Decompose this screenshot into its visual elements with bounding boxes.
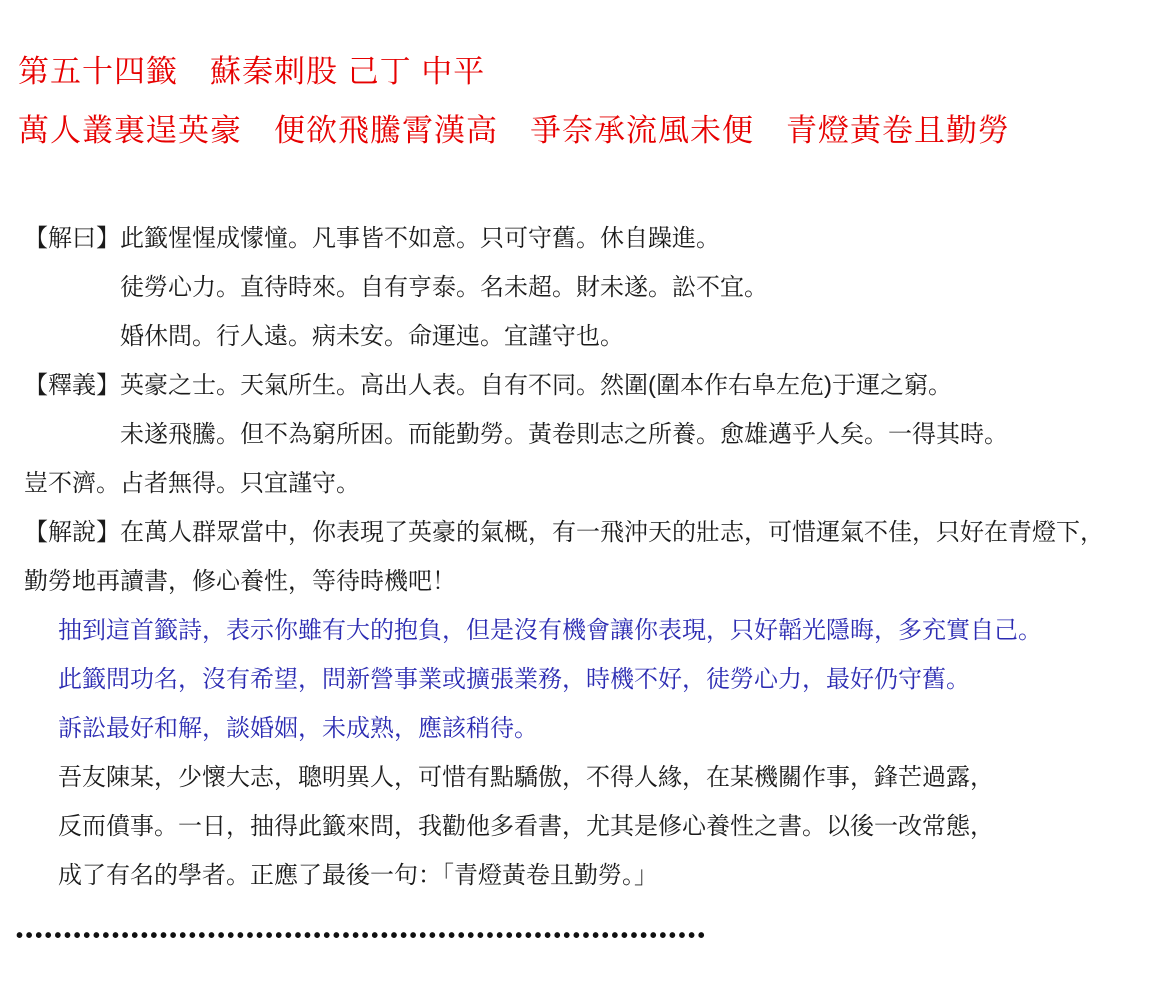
jieshuo-anecdote-1: 吾友陳某，少懷大志，聰明異人，可惜有點驕傲，不得人緣，在某機關作事，鋒芒過露， xyxy=(12,753,1132,802)
fortune-poem: 萬人叢裏逞英豪 便欲飛騰霄漢高 爭奈承流風未便 青燈黃卷且勤勞 xyxy=(18,115,1132,146)
jieshuo-annotation-2: 此籤問功名，沒有希望，問新營事業或擴張業務，時機不好，徒勞心力，最好仍守舊。 xyxy=(12,655,1132,704)
shiyi-line-2: 未遂飛騰。但不為窮所困。而能勤勞。黃卷則志之所養。愈雄邁乎人矣。一得其時。 xyxy=(12,410,1132,459)
jieshuo-annotation-1: 抽到這首籤詩，表示你雖有大的抱負，但是沒有機會讓你表現，只好韜光隱晦，多充實自己… xyxy=(12,606,1132,655)
jieshuo-anecdote-3: 成了有名的學者。正應了最後一句：「青燈黃卷且勤勞。」 xyxy=(12,851,1132,900)
body-text: 【解曰】此籤惺惺成懞憧。凡事皆不如意。只可守舊。休自躁進。 徒勞心力。直待時來。… xyxy=(12,214,1132,900)
shiyi-line-3: 豈不濟。占者無得。只宜謹守。 xyxy=(12,459,1132,508)
jieshuo-line-2: 勤勞地再讀書，修心養性，等待時機吧！ xyxy=(12,557,1132,606)
jieshuo-annotation-3: 訴訟最好和解，談婚姻，未成熟，應該稍待。 xyxy=(12,704,1132,753)
page-title: 第五十四籤 蘇秦刺股 己丁 中平 xyxy=(18,56,1132,87)
jieyue-line-2: 徒勞心力。直待時來。自有亨泰。名未超。財未遂。訟不宜。 xyxy=(12,263,1132,312)
jieyue-line-1: 【解曰】此籤惺惺成懞憧。凡事皆不如意。只可守舊。休自躁進。 xyxy=(12,214,1132,263)
dotted-divider: ••••••••••••••••••••••••••••••••••••••••… xyxy=(16,926,1132,946)
jieshuo-anecdote-2: 反而僨事。一日，抽得此籤來問，我勸他多看書，尤其是修心養性之書。以後一改常態， xyxy=(12,802,1132,851)
jieyue-line-3: 婚休問。行人遠。病未安。命運迍。宜謹守也。 xyxy=(12,312,1132,361)
jieshuo-line-1: 【解說】在萬人群眾當中，你表現了英豪的氣概，有一飛沖天的壯志，可惜運氣不佳，只好… xyxy=(12,508,1132,557)
shiyi-line-1: 【釋義】英豪之士。天氣所生。高出人表。自有不同。然圍(圍本作右阜左危)于運之窮。 xyxy=(12,361,1132,410)
fortune-document: 第五十四籤 蘇秦刺股 己丁 中平 萬人叢裏逞英豪 便欲飛騰霄漢高 爭奈承流風未便… xyxy=(0,0,1150,946)
